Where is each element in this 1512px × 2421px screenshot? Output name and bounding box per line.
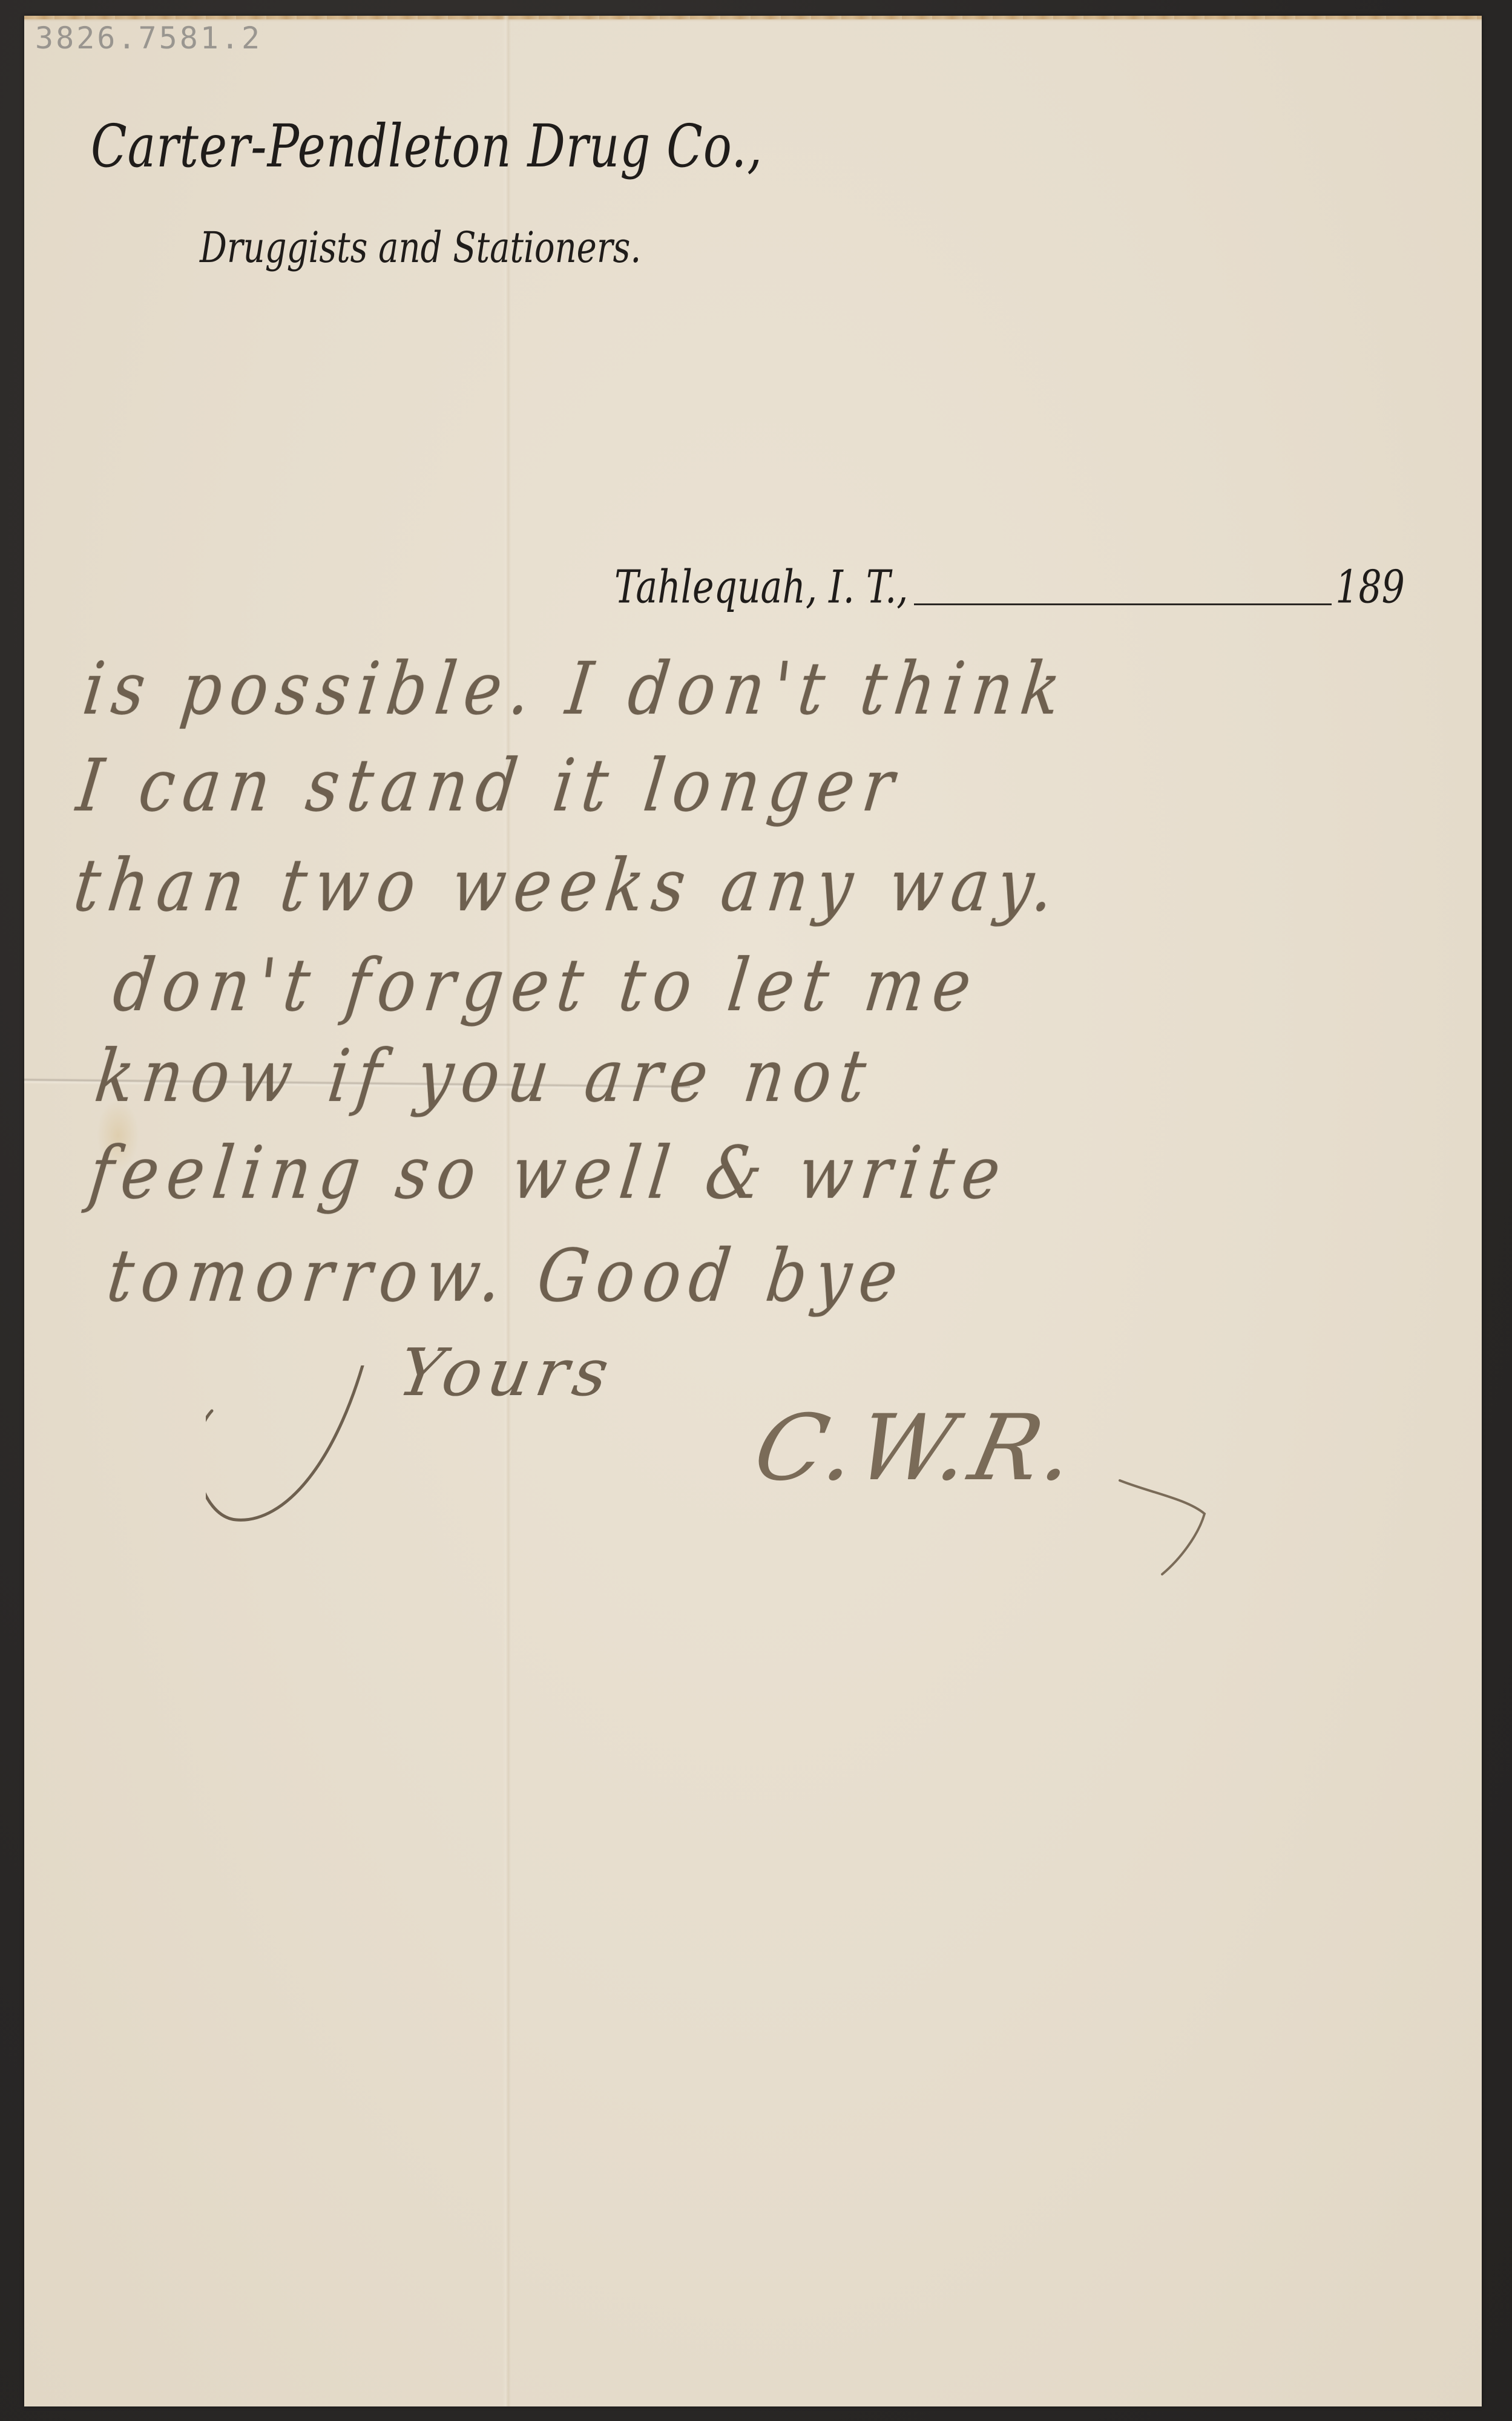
handwritten-line: know if you are not xyxy=(91,1034,879,1119)
letterhead-company-name: Carter-Pendleton Drug Co., xyxy=(91,113,763,181)
handwritten-line: is possible. I don't think xyxy=(79,646,1073,731)
handwritten-line: I can stand it longer xyxy=(73,743,907,828)
dateline-year: 189 xyxy=(1335,561,1405,614)
handwritten-line: than two weeks any way. xyxy=(70,843,1067,928)
handwritten-line: feeling so well & write xyxy=(85,1131,1013,1215)
dateline-place: Tahlequah, I. T., xyxy=(614,561,908,614)
letter-sheet: 3826.7581.2 Carter-Pendleton Drug Co., D… xyxy=(24,16,1482,2406)
dateline-blank-rule xyxy=(914,602,1332,605)
signature: C.W.R. xyxy=(746,1396,1088,1501)
dateline: Tahlequah, I. T., 189 xyxy=(614,571,1405,614)
paper-top-edge-discoloration xyxy=(24,16,1482,19)
signature-flourish-icon xyxy=(1114,1456,1271,1577)
closing-salutation: Yours xyxy=(393,1335,620,1411)
letterhead-tagline: Druggists and Stationers. xyxy=(200,223,641,272)
accession-number: 3826.7581.2 xyxy=(35,21,262,56)
handwritten-line: tomorrow. Good bye xyxy=(103,1233,910,1318)
handwritten-line: don't forget to let me xyxy=(109,943,984,1028)
